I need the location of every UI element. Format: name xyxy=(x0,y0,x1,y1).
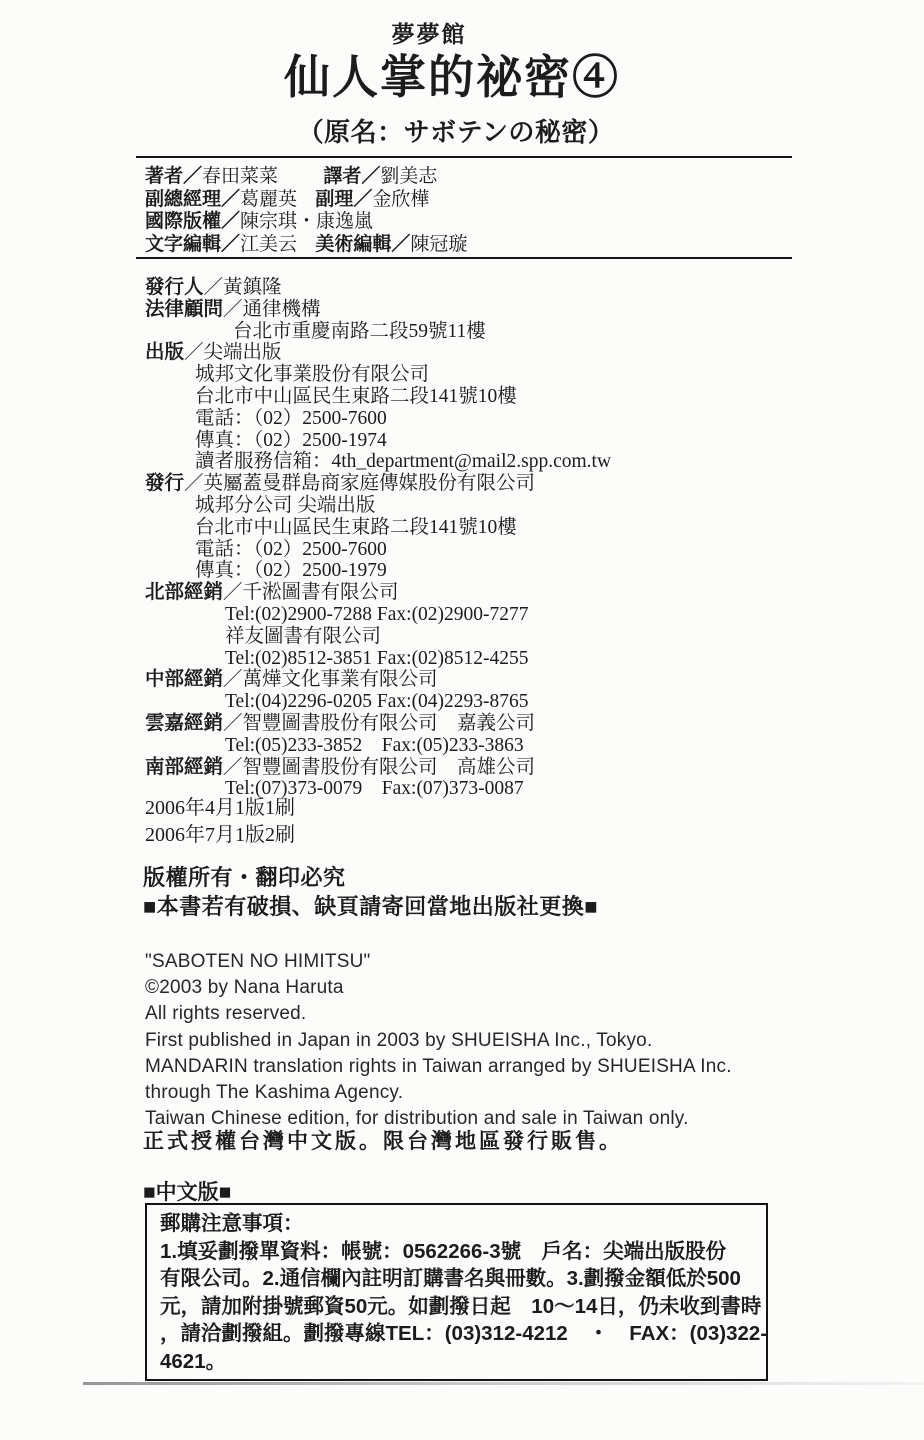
staff-pair: 副總經理／葛麗英 xyxy=(145,189,297,210)
mail-order-line: 郵購注意事項： xyxy=(160,1210,753,1238)
staff-pair: 副理／金欣樺 xyxy=(315,189,429,210)
english-line: through The Kashima Agency. xyxy=(145,1080,732,1106)
printing-line: 2006年7月1版2刷 xyxy=(145,822,295,849)
colophon-line: 法律顧問／通律機構 xyxy=(145,299,611,321)
publishing-info: 發行人／黃鎮隆 法律顧問／通律機構 台北市重慶南路二段59號11樓 出版／尖端出… xyxy=(145,277,611,800)
english-line: MANDARIN translation rights in Taiwan ar… xyxy=(145,1054,732,1080)
colophon-line: 電話：（02）2500-7600 xyxy=(145,408,611,430)
staff-pair: 文字編輯／江美云 xyxy=(145,234,297,255)
mail-order-line: 4621。 xyxy=(160,1348,753,1376)
staff-pair: 譯者／劉美志 xyxy=(323,166,437,187)
colophon-line: 發行／英屬蓋曼群島商家庭傳媒股份有限公司 xyxy=(145,473,611,495)
colophon-line: 台北市中山區民生東路二段141號10樓 xyxy=(145,386,611,408)
english-line: All rights reserved. xyxy=(145,1001,732,1027)
staff-row: 著者／春田菜菜 譯者／劉美志 xyxy=(145,166,467,189)
taiwan-license-line: 正式授權台灣中文版。限台灣地區發行販售。 xyxy=(143,1125,623,1155)
colophon-line: 祥友圖書有限公司 xyxy=(145,626,611,648)
staff-pair: 國際版權／陳宗琪・康逸嵐 xyxy=(145,211,373,232)
divider-rule-bottom xyxy=(136,257,792,259)
damaged-book-notice: ■本書若有破損、缺頁請寄回當地出版社更換■ xyxy=(143,893,598,922)
colophon-line: 台北市中山區民生東路二段141號10樓 xyxy=(145,517,611,539)
english-line: First published in Japan in 2003 by SHUE… xyxy=(145,1028,732,1054)
colophon-line: Tel:(04)2296-0205 Fax:(04)2293-8765 xyxy=(145,691,611,713)
colophon-line: Tel:(02)2900-7288 Fax:(02)2900-7277 xyxy=(145,604,611,626)
colophon-line: 中部經銷／萬燁文化事業有限公司 xyxy=(145,669,611,691)
staff-pair: 美術編輯／陳冠璇 xyxy=(315,234,467,255)
page-edge-shadow xyxy=(83,1382,924,1385)
colophon-line: 傳真：（02）2500-1979 xyxy=(145,560,611,582)
colophon-line: Tel:(05)233-3852 Fax:(05)233-3863 xyxy=(145,735,611,757)
original-title: （原名：サボテンの秘密） xyxy=(0,112,918,149)
colophon-line: 傳真：（02）2500-1974 xyxy=(145,430,611,452)
colophon-line: 城邦文化事業股份有限公司 xyxy=(145,364,611,386)
edition-printings: 2006年4月1版1刷 2006年7月1版2刷 xyxy=(145,795,295,849)
colophon-line: 城邦分公司 尖端出版 xyxy=(145,495,611,517)
mail-order-line: ，請洽劃撥組。劃撥專線TEL：(03)312-4212 ・ FAX：(03)32… xyxy=(160,1320,753,1348)
divider-rule-top xyxy=(136,156,792,158)
mail-order-line: 有限公司。2.通信欄內註明訂購書名與冊數。3.劃撥金額低於500 xyxy=(160,1265,753,1293)
mail-order-line: 元，請加附掛號郵資50元。如劃撥日起 10～14日，仍未收到書時 xyxy=(160,1293,753,1321)
staff-row: 副總經理／葛麗英 副理／金欣樺 xyxy=(145,189,467,212)
colophon-line: 台北市重慶南路二段59號11樓 xyxy=(145,321,611,343)
copyright-line: 版權所有・翻印必究 xyxy=(143,864,598,893)
mail-order-line: 1.填妥劃撥單資料：帳號：0562266-3號 戶名：尖端出版股份 xyxy=(160,1238,753,1266)
colophon-line: 南部經銷／智豐圖書股份有限公司 高雄公司 xyxy=(145,757,611,779)
imprint-name: 夢夢館 xyxy=(0,16,891,49)
colophon-line: 出版／尖端出版 xyxy=(145,342,611,364)
colophon-line: 北部經銷／千淞圖書有限公司 xyxy=(145,582,611,604)
english-line: "SABOTEN NO HIMITSU" xyxy=(145,949,732,975)
colophon-line: 雲嘉經銷／智豐圖書股份有限公司 嘉義公司 xyxy=(145,713,611,735)
english-copyright-block: "SABOTEN NO HIMITSU" ©2003 by Nana Harut… xyxy=(145,949,732,1132)
title-block: 夢夢館 仙人掌的祕密④ （原名：サボテンの秘密） xyxy=(0,16,924,149)
colophon-line: Tel:(02)8512-3851 Fax:(02)8512-4255 xyxy=(145,648,611,670)
staff-row: 文字編輯／江美云 美術編輯／陳冠璇 xyxy=(145,234,467,257)
colophon-line: 電話：（02）2500-7600 xyxy=(145,539,611,561)
staff-pair: 著者／春田菜菜 xyxy=(145,166,278,187)
mail-order-notice-box: 郵購注意事項： 1.填妥劃撥單資料：帳號：0562266-3號 戶名：尖端出版股… xyxy=(145,1203,768,1381)
staff-credits: 著者／春田菜菜 譯者／劉美志 副總經理／葛麗英 副理／金欣樺 國際版權／陳宗琪・… xyxy=(145,166,467,256)
colophon-line: 發行人／黃鎮隆 xyxy=(145,277,611,299)
copyright-notice: 版權所有・翻印必究 ■本書若有破損、缺頁請寄回當地出版社更換■ xyxy=(143,864,598,921)
colophon-line reader-service-email: 讀者服務信箱：4th_department@mail2.spp.com.tw xyxy=(145,451,611,473)
book-title: 仙人掌的祕密④ xyxy=(0,51,914,103)
chinese-edition-heading: ■中文版■ xyxy=(143,1176,231,1206)
staff-row: 國際版權／陳宗琪・康逸嵐 xyxy=(145,211,467,234)
english-line: ©2003 by Nana Haruta xyxy=(145,975,732,1001)
printing-line: 2006年4月1版1刷 xyxy=(145,795,295,822)
